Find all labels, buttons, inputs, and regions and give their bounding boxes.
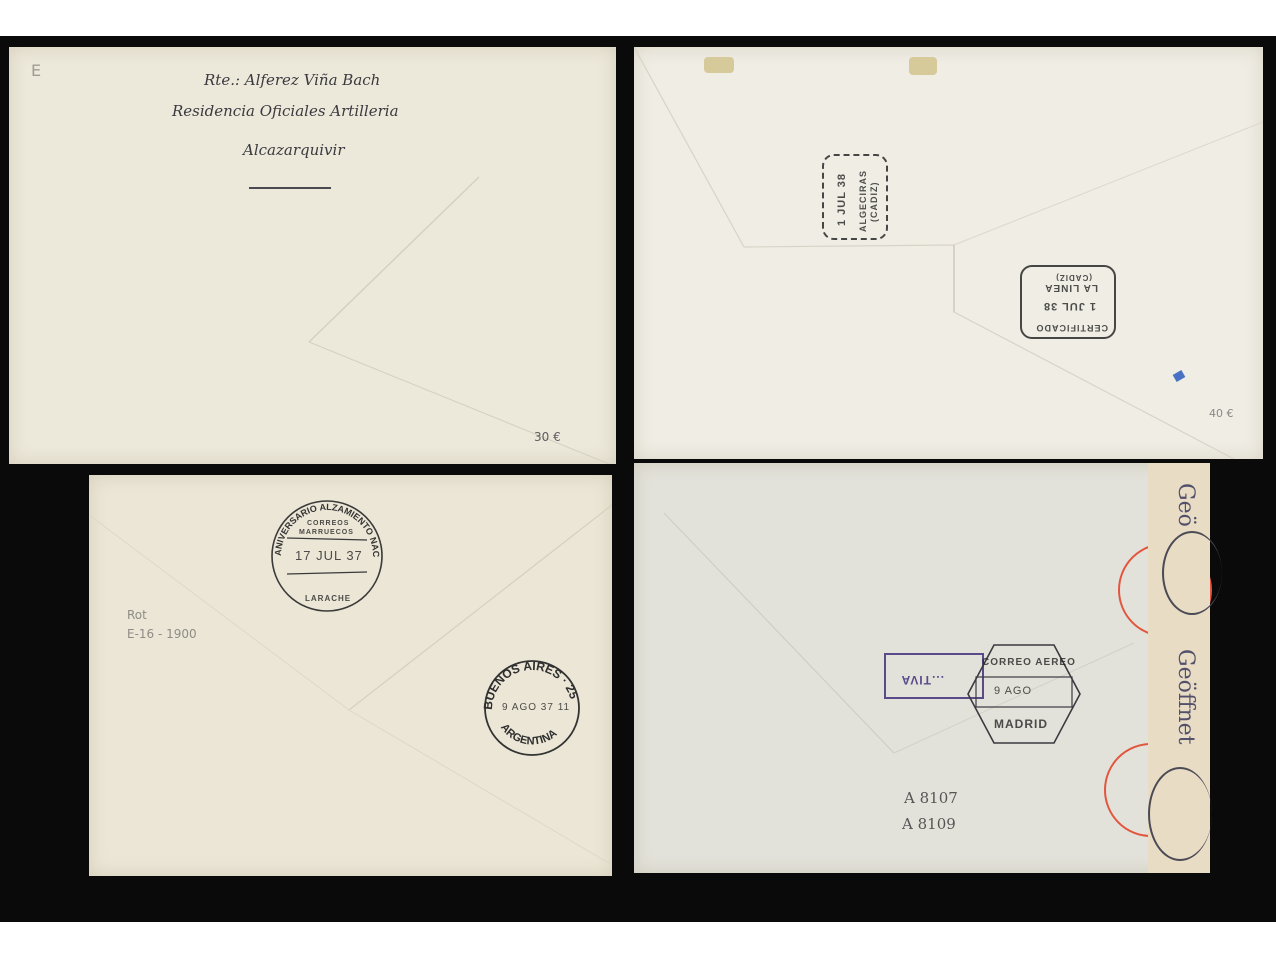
postmark-algeciras: ALGECIRAS (CADIZ) 1 JUL 38 [822,154,888,240]
corner-mark: E [31,61,41,80]
pencil-note-line-2: E-16 - 1900 [127,627,197,641]
wehrmacht-censor-stamp-lower [1148,767,1212,861]
postmark-la-linea: CERTIFICADO 1 JUL 38 LA LINEA (CADIZ) [1020,265,1116,339]
postmark-madrid-airmail: CORREO AEREO 9 AGO MADRID [964,639,1084,749]
glue-stain [909,57,937,75]
glue-stain [704,57,734,73]
blue-ink-mark [1173,370,1186,382]
envelope-top-left: E Rte.: Alferez Viña Bach Residencia Ofi… [9,47,616,464]
reference-note-2: A 8109 [902,815,956,833]
reference-note-1: A 8107 [904,789,958,807]
underline-stroke [249,187,331,189]
censor-tape: Geö Geöffnet [1148,463,1210,873]
price-note: 30 € [534,430,561,444]
postmark-alzamiento-nacional: ANIVERSARIO ALZAMIENTO NACIONAL CORREOS … [269,498,385,614]
postmark-buenos-aires: BUENOS AIRES · 25 ARGENTINA 9 AGO 37 11 [482,658,582,758]
censor-tape-text-top: Geö [1173,483,1198,527]
envelope-bottom-left: ANIVERSARIO ALZAMIENTO NACIONAL CORREOS … [89,475,612,876]
sender-line-3: Alcazarquivir [243,141,345,159]
wehrmacht-censor-stamp-upper [1162,531,1222,615]
envelope-flap-lines [634,47,1263,459]
sender-line-1: Rte.: Alferez Viña Bach [204,71,380,89]
envelope-top-right: ALGECIRAS (CADIZ) 1 JUL 38 CERTIFICADO 1… [634,47,1263,459]
pencil-note-line-1: Rot [127,608,147,622]
price-note: 40 € [1209,407,1234,420]
svg-text:ARGENTINA: ARGENTINA [498,722,559,748]
envelope-bottom-right: ...TIVA CORREO AEREO 9 AGO MADRID A 8107… [634,463,1210,873]
censor-tape-text-main: Geöffnet [1173,649,1198,745]
sender-line-2: Residencia Oficiales Artilleria [172,102,399,120]
